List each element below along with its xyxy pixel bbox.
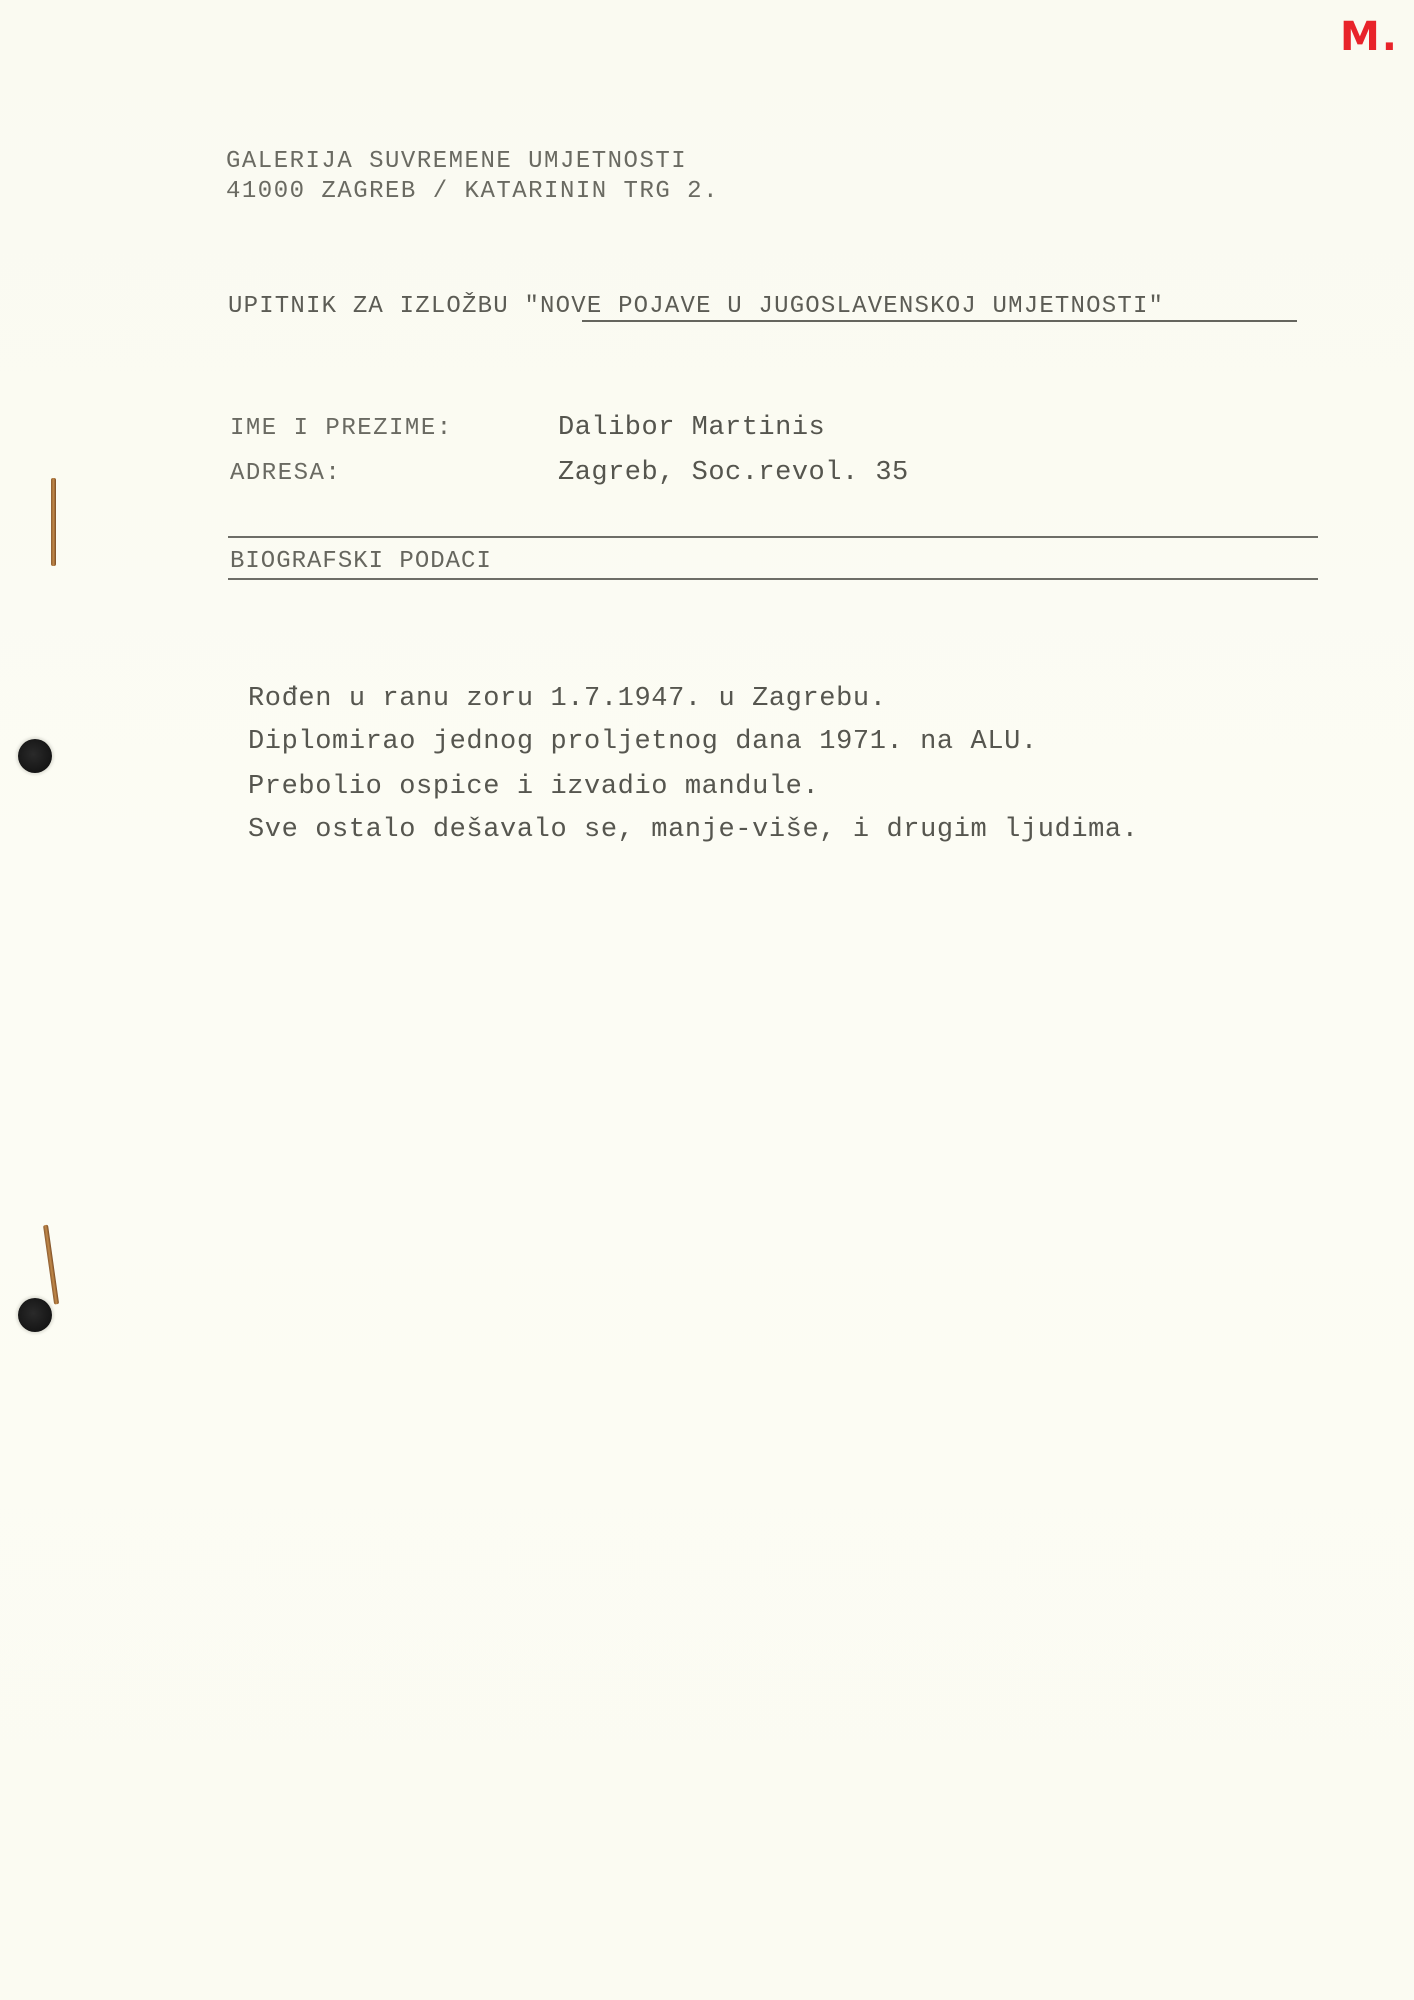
biography-line: Prebolio ospice i izvadio mandule. [248, 772, 819, 802]
questionnaire-title: UPITNIK ZA IZLOŽBU "NOVE POJAVE U JUGOSL… [228, 293, 1164, 320]
section-rule-bottom [228, 578, 1318, 580]
section-rule-top [228, 536, 1318, 538]
handwritten-corner-mark: M. [1340, 14, 1399, 60]
staple-icon [43, 1225, 59, 1305]
biography-line: Diplomirao jednog proljetnog dana 1971. … [248, 727, 1038, 757]
document-page: M. GALERIJA SUVREMENE UMJETNOSTI 41000 Z… [0, 0, 1414, 2000]
questionnaire-prefix: UPITNIK ZA IZLOŽBU [228, 293, 524, 320]
biography-line: Sve ostalo dešavalo se, manje-više, i dr… [248, 815, 1139, 845]
address-label: ADRESA: [230, 460, 341, 487]
institution-name: GALERIJA SUVREMENE UMJETNOSTI [226, 148, 687, 175]
biography-line: Rođen u ranu zoru 1.7.1947. u Zagrebu. [248, 684, 887, 714]
name-value: Dalibor Martinis [558, 413, 825, 443]
staple-icon [51, 478, 56, 566]
institution-address: 41000 ZAGREB / KATARININ TRG 2. [226, 178, 719, 205]
exhibition-title: "NOVE POJAVE U JUGOSLAVENSKOJ UMJETNOSTI… [524, 293, 1164, 320]
exhibition-title-underline [582, 320, 1297, 322]
name-label: IME I PREZIME: [230, 415, 453, 442]
punch-hole-icon [18, 1298, 52, 1332]
address-value: Zagreb, Soc.revol. 35 [558, 458, 909, 488]
punch-hole-icon [18, 739, 52, 773]
biography-heading: BIOGRAFSKI PODACI [230, 548, 492, 575]
